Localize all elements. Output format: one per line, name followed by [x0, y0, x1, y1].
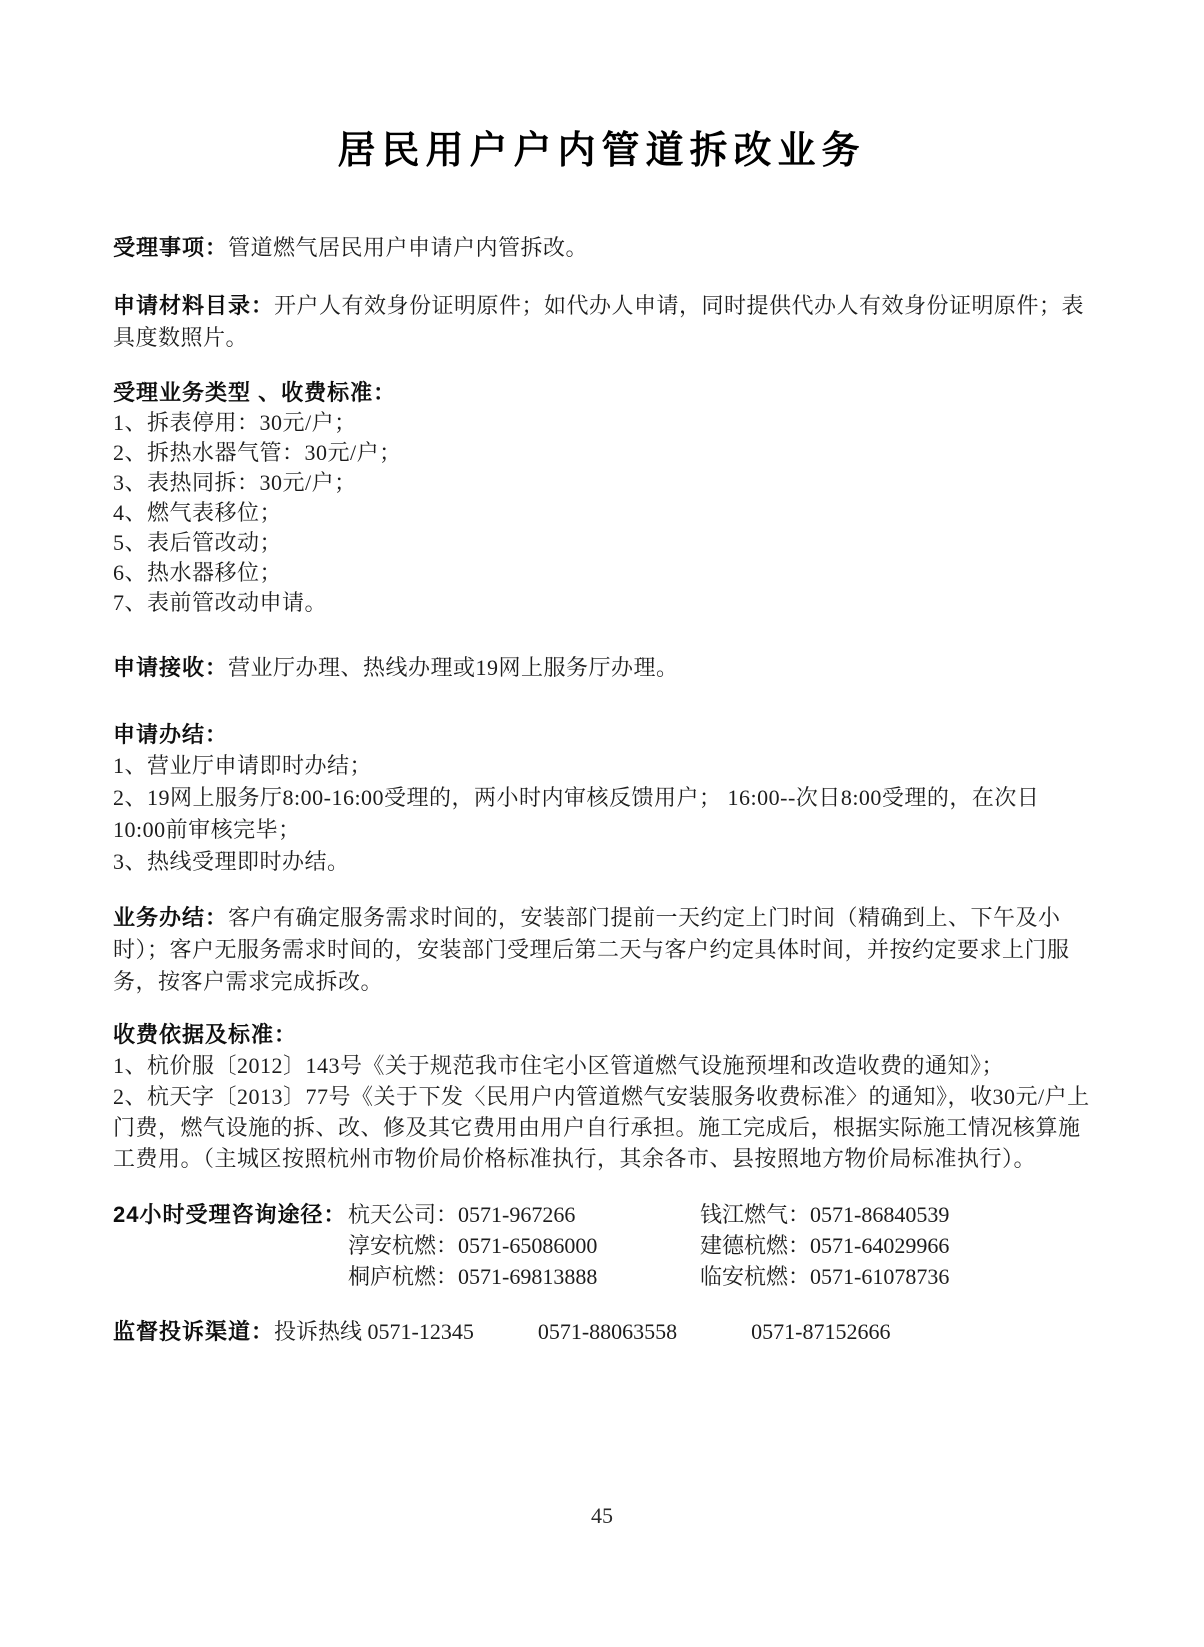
hotline-entry: 淳安杭燃：0571-65086000: [348, 1230, 700, 1261]
section-label: 受理业务类型 、收费标准：: [113, 378, 1090, 408]
phone-number: 0571-88063558: [538, 1316, 677, 1348]
list-item: 1、拆表停用：30元/户；: [113, 408, 1090, 438]
section-business-types: 受理业务类型 、收费标准： 1、拆表停用：30元/户； 2、拆热水器气管：30元…: [113, 378, 1090, 618]
hotlines-section: 24小时受理咨询途径： 杭天公司：0571-967266 钱江燃气：0571-8…: [113, 1199, 1090, 1292]
list-item: 2、拆热水器气管：30元/户；: [113, 438, 1090, 468]
company-name: 建德杭燃：: [700, 1233, 810, 1258]
section-accept-item: 受理事项：管道燃气居民用户申请户内管拆改。: [113, 232, 1090, 264]
phone-number: 0571-86840539: [810, 1202, 949, 1227]
complaint-hotline: 投诉热线 0571-12345: [274, 1316, 474, 1348]
hotline-row: 桐庐杭燃：0571-69813888 临安杭燃：0571-61078736: [113, 1261, 1090, 1292]
phone-number: 0571-967266: [458, 1202, 575, 1227]
hotline-entry: 建德杭燃：0571-64029966: [700, 1230, 1090, 1261]
section-text: 管道燃气居民用户申请户内管拆改。: [228, 235, 588, 260]
hotline-entry: 钱江燃气：0571-86840539: [700, 1199, 1090, 1230]
list-item: 2、杭天字〔2013〕77号《关于下发〈民用户内管道燃气安装服务收费标准〉的通知…: [113, 1081, 1090, 1174]
list-item: 6、热水器移位；: [113, 558, 1090, 588]
list-item: 5、表后管改动；: [113, 528, 1090, 558]
fee-basis-list: 1、杭价服〔2012〕143号《关于规范我市住宅小区管道燃气设施预埋和改造收费的…: [113, 1050, 1090, 1174]
business-types-list: 1、拆表停用：30元/户； 2、拆热水器气管：30元/户； 3、表热同拆：30元…: [113, 408, 1090, 618]
list-item: 4、燃气表移位；: [113, 498, 1090, 528]
list-item: 2、19网上服务厅8:00-16:00受理的，两小时内审核反馈用户； 16:00…: [113, 782, 1090, 846]
hotlines-label-spacer: [113, 1261, 348, 1292]
hotline-entry: 杭天公司：0571-967266: [348, 1199, 700, 1230]
complaint-label: 监督投诉渠道：: [113, 1316, 274, 1348]
document-content: 居民用户户内管道拆改业务 受理事项：管道燃气居民用户申请户内管拆改。 申请材料目…: [0, 0, 1204, 1348]
hotline-row: 淳安杭燃：0571-65086000 建德杭燃：0571-64029966: [113, 1230, 1090, 1261]
list-item: 1、杭价服〔2012〕143号《关于规范我市住宅小区管道燃气设施预埋和改造收费的…: [113, 1050, 1090, 1081]
section-materials: 申请材料目录：开户人有效身份证明原件；如代办人申请，同时提供代办人有效身份证明原…: [113, 290, 1090, 354]
list-item: 3、热线受理即时办结。: [113, 846, 1090, 878]
section-label: 申请接收：: [113, 655, 228, 680]
phone-number: 0571-61078736: [810, 1264, 949, 1289]
company-name: 临安杭燃：: [700, 1264, 810, 1289]
section-service-complete: 业务办结：客户有确定服务需求时间的，安装部门提前一天约定上门时间（精确到上、下午…: [113, 902, 1090, 998]
phone-number: 0571-64029966: [810, 1233, 949, 1258]
document-page: 居民用户户内管道拆改业务 受理事项：管道燃气居民用户申请户内管拆改。 申请材料目…: [0, 0, 1204, 1647]
section-label: 申请材料目录：: [113, 293, 274, 318]
section-text: 营业厅办理、热线办理或19网上服务厅办理。: [228, 655, 679, 680]
list-item: 1、营业厅申请即时办结；: [113, 750, 1090, 782]
company-name: 钱江燃气：: [700, 1202, 810, 1227]
section-text: 客户有确定服务需求时间的，安装部门提前一天约定上门时间（精确到上、下午及小时）；…: [113, 905, 1070, 994]
phone-number: 0571-87152666: [751, 1316, 890, 1348]
list-item: 7、表前管改动申请。: [113, 588, 1090, 618]
hotline-row: 24小时受理咨询途径： 杭天公司：0571-967266 钱江燃气：0571-8…: [113, 1199, 1090, 1230]
hotline-entry: 临安杭燃：0571-61078736: [700, 1261, 1090, 1292]
section-label: 业务办结：: [113, 905, 228, 930]
section-label: 收费依据及标准：: [113, 1020, 1090, 1050]
page-number: 45: [0, 1503, 1204, 1529]
hotlines-label-spacer: [113, 1230, 348, 1261]
complaint-section: 监督投诉渠道：投诉热线 0571-123450571-880635580571-…: [113, 1316, 1090, 1348]
section-fee-basis: 收费依据及标准： 1、杭价服〔2012〕143号《关于规范我市住宅小区管道燃气设…: [113, 1020, 1090, 1174]
hotlines-label: 24小时受理咨询途径：: [113, 1199, 348, 1230]
section-label: 受理事项：: [113, 235, 228, 260]
company-name: 淳安杭燃：: [348, 1233, 458, 1258]
application-complete-list: 1、营业厅申请即时办结； 2、19网上服务厅8:00-16:00受理的，两小时内…: [113, 750, 1090, 878]
list-item: 3、表热同拆：30元/户；: [113, 468, 1090, 498]
document-title: 居民用户户内管道拆改业务: [113, 128, 1090, 174]
section-application-complete: 申请办结： 1、营业厅申请即时办结； 2、19网上服务厅8:00-16:00受理…: [113, 720, 1090, 878]
phone-number: 0571-65086000: [458, 1233, 597, 1258]
phone-number: 0571-69813888: [458, 1264, 597, 1289]
section-label: 申请办结：: [113, 720, 1090, 750]
company-name: 桐庐杭燃：: [348, 1264, 458, 1289]
section-application-receive: 申请接收：营业厅办理、热线办理或19网上服务厅办理。: [113, 652, 1090, 684]
company-name: 杭天公司：: [348, 1202, 458, 1227]
hotline-entry: 桐庐杭燃：0571-69813888: [348, 1261, 700, 1292]
